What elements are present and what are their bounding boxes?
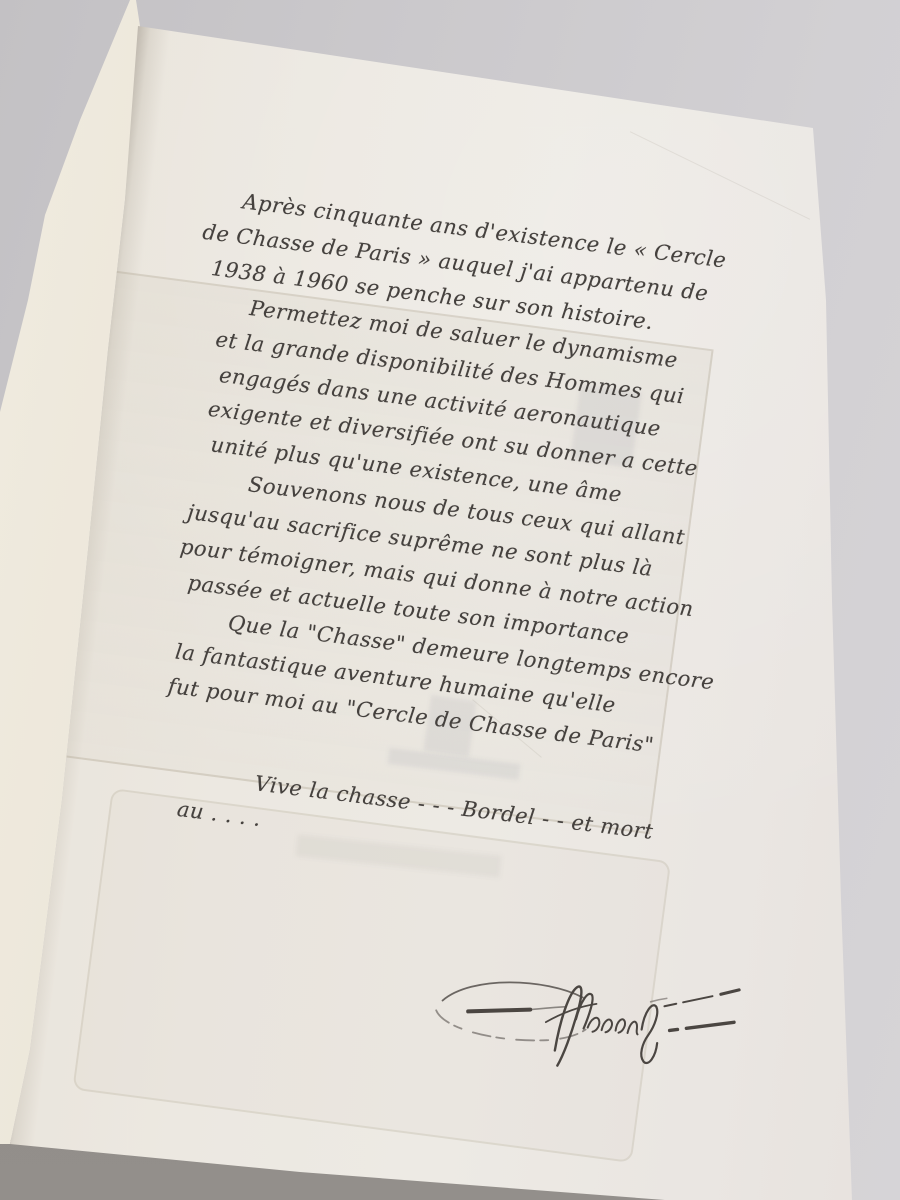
paper-crease: [630, 131, 810, 220]
handwritten-letter: Après cinquante ans d'existence le « Cer…: [31, 150, 807, 894]
photo-scene: Après cinquante ans d'existence le « Cer…: [0, 0, 900, 1200]
letter-page: Après cinquante ans d'existence le « Cer…: [0, 0, 900, 1200]
signature: [424, 958, 758, 1081]
